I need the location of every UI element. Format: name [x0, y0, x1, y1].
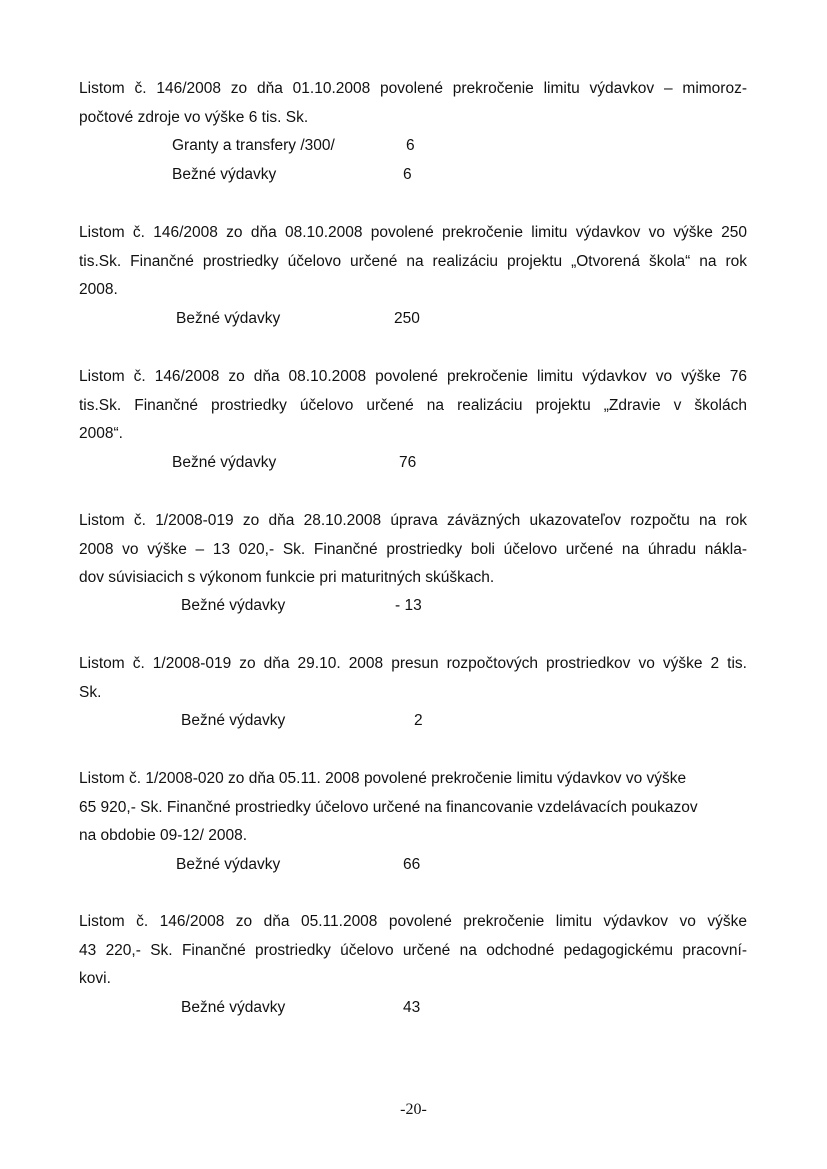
paragraph-line: 65 920,- Sk. Finančné prostriedky účelov…	[79, 794, 747, 823]
paragraph-line: Listom č. 146/2008 zo dňa 08.10.2008 pov…	[79, 363, 747, 392]
budget-item-label: Bežné výdavky	[181, 997, 285, 1019]
paragraph-5: Listom č. 1/2008-019 zo dňa 29.10. 2008 …	[79, 650, 747, 707]
paragraph-line: Listom č. 146/2008 zo dňa 01.10.2008 pov…	[79, 75, 747, 104]
paragraph-line: 2008.	[79, 276, 747, 305]
paragraph-line: dov súvisiacich s výkonom funkcie pri ma…	[79, 564, 747, 593]
paragraph-6: Listom č. 1/2008-020 zo dňa 05.11. 2008 …	[79, 765, 747, 851]
paragraph-line: Listom č. 1/2008-019 zo dňa 28.10.2008 ú…	[79, 507, 747, 536]
paragraph-line: tis.Sk. Finančné prostriedky účelovo urč…	[79, 248, 747, 277]
budget-item-label: Bežné výdavky	[176, 854, 280, 876]
paragraph-line: Listom č. 1/2008-019 zo dňa 29.10. 2008 …	[79, 650, 747, 679]
paragraph-line: na obdobie 09-12/ 2008.	[79, 822, 747, 851]
paragraph-line: Listom č. 146/2008 zo dňa 05.11.2008 pov…	[79, 908, 747, 937]
budget-item-label: Bežné výdavky	[181, 595, 285, 617]
paragraph-line: Sk.	[79, 679, 747, 708]
paragraph-line: 2008 vo výške – 13 020,- Sk. Finančné pr…	[79, 536, 747, 565]
paragraph-line: kovi.	[79, 965, 747, 994]
budget-item-label: Bežné výdavky	[181, 710, 285, 732]
paragraph-line: počtové zdroje vo výške 6 tis. Sk.	[79, 104, 747, 133]
paragraph-2: Listom č. 146/2008 zo dňa 08.10.2008 pov…	[79, 219, 747, 305]
document-page: Listom č. 146/2008 zo dňa 01.10.2008 pov…	[0, 0, 827, 1169]
page-number: -20-	[0, 1101, 827, 1119]
budget-item-value: 43	[403, 997, 420, 1019]
paragraph-line: 43 220,- Sk. Finančné prostriedky účelov…	[79, 937, 747, 966]
budget-item-label: Bežné výdavky	[172, 164, 276, 186]
paragraph-line: Listom č. 146/2008 zo dňa 08.10.2008 pov…	[79, 219, 747, 248]
budget-item-value: 76	[399, 452, 416, 474]
budget-item-value: - 13	[395, 595, 422, 617]
budget-item-value: 6	[403, 164, 412, 186]
paragraph-line: 2008“.	[79, 420, 747, 449]
paragraph-1: Listom č. 146/2008 zo dňa 01.10.2008 pov…	[79, 75, 747, 132]
budget-item-value: 250	[394, 308, 420, 330]
budget-item-label: Granty a transfery /300/	[172, 135, 335, 157]
paragraph-3: Listom č. 146/2008 zo dňa 08.10.2008 pov…	[79, 363, 747, 449]
budget-item-value: 66	[403, 854, 420, 876]
budget-item-label: Bežné výdavky	[176, 308, 280, 330]
paragraph-line: tis.Sk. Finančné prostriedky účelovo urč…	[79, 392, 747, 421]
budget-item-value: 2	[414, 710, 423, 732]
paragraph-4: Listom č. 1/2008-019 zo dňa 28.10.2008 ú…	[79, 507, 747, 593]
paragraph-7: Listom č. 146/2008 zo dňa 05.11.2008 pov…	[79, 908, 747, 994]
budget-item-value: 6	[406, 135, 415, 157]
budget-item-label: Bežné výdavky	[172, 452, 276, 474]
paragraph-line: Listom č. 1/2008-020 zo dňa 05.11. 2008 …	[79, 765, 747, 794]
